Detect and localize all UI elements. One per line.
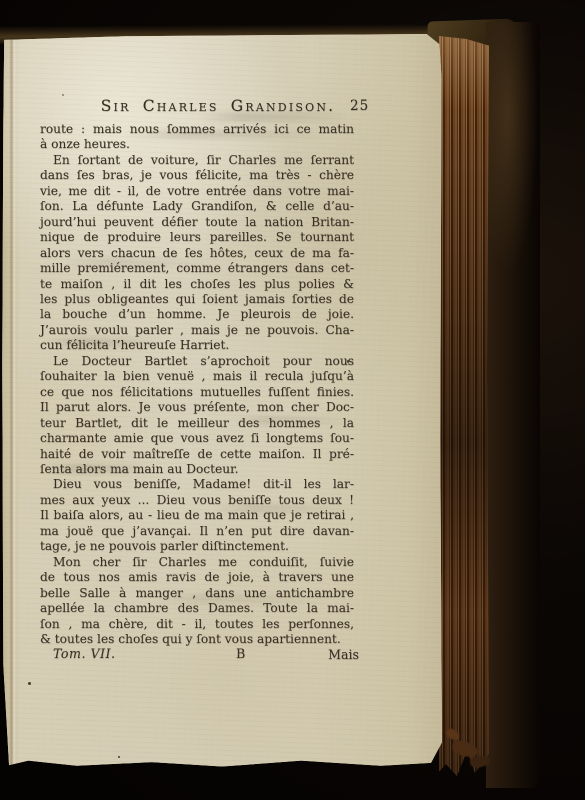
body-line: cun félicita l’heureuſe Harriet.	[40, 338, 354, 353]
body-line: te maiſon , il dit les choſes les plus p…	[40, 277, 354, 292]
body-line: teur Bartlet, dit le meilleur des hommes…	[40, 416, 354, 431]
body-line: alors vers chacun de ſes hôtes, ceux de …	[40, 246, 354, 261]
body-line: haité de voir maîtreſſe de cette maiſon.…	[40, 447, 354, 462]
body-line: belle Salle à manger , dans une anticham…	[40, 586, 354, 601]
body-line: tage, je ne pouvois parler diſtinctement…	[40, 539, 354, 554]
body-line: Dieu vous beniſſe, Madame! dit-il les la…	[40, 477, 354, 492]
body-line: route : mais nous ſommes arrivés ici ce …	[40, 122, 354, 137]
body-line: apellée la chambre des Dames. Toute la m…	[40, 601, 354, 616]
body-line: ſouhaiter la bien venuë , mais il recula…	[40, 369, 354, 384]
catchword: Mais	[328, 647, 359, 662]
body-line: Il baiſa alors, au - lieu de ma main que…	[40, 508, 354, 523]
book-cover	[486, 22, 540, 788]
paper-speck	[62, 94, 64, 96]
body-line: ſon , ma chère, dit - il, toutes les per…	[40, 617, 354, 632]
signature-mark: B	[236, 646, 245, 661]
body-line: ſon. La défunte Lady Grandiſon, & celle …	[40, 199, 354, 214]
paper-speck	[118, 756, 120, 758]
body-line: la bouche d’un homme. Je pleurois de joi…	[40, 307, 354, 322]
body-line: J’aurois voulu parler , mais je ne pouvo…	[40, 323, 354, 338]
body-line: jourd’hui peuvent défier toute la nation…	[40, 215, 354, 230]
paper-speck	[28, 682, 31, 685]
body-line: mes aux yeux ... Dieu vous beniſſe tous …	[40, 493, 354, 508]
book-photo-scan: Sir Charles Grandison. 25 route : mais n…	[0, 0, 585, 800]
body-line: Il parut alors. Je vous préſente, mon ch…	[40, 400, 354, 415]
body-line: à onze heures.	[40, 137, 354, 152]
body-line: mille premiérement, comme étrangers dans…	[40, 261, 354, 276]
body-line: ce que nos félicitations mutuelles fuſſe…	[40, 385, 354, 400]
body-line: nique de produire leurs pareilles. Se to…	[40, 230, 354, 245]
body-line: Mon cher ſir Charles me conduiſit, ſuivi…	[40, 555, 354, 570]
page-left-crease	[9, 34, 16, 768]
header-title: Sir Charles Grandison.	[101, 97, 336, 115]
volume-label: Tom. VII.	[53, 646, 116, 661]
page-text-block: route : mais nous ſommes arrivés ici ce …	[40, 122, 354, 647]
body-line: les plus obligeantes qui ſoient jamais ſ…	[40, 292, 354, 307]
body-line: de tous nos amis ravis de joie, à traver…	[40, 570, 354, 585]
body-line: vie, me dit - il, de votre entrée dans v…	[40, 184, 354, 199]
body-line: charmante amie que vous avez ſi longtems…	[40, 431, 354, 446]
body-line: dans ſes bras, je vous félicite, ma très…	[40, 168, 354, 183]
body-line: ſenta alors ma main au Docteur.	[40, 462, 354, 477]
page-number: 25	[350, 98, 369, 114]
book-page: Sir Charles Grandison. 25 route : mais n…	[2, 34, 442, 768]
page-footer: Tom. VII. B Mais	[40, 646, 354, 664]
running-header: Sir Charles Grandison. 25	[38, 97, 398, 117]
body-line: ma jouë que j’avançai. Il n’en put dire …	[40, 524, 354, 539]
book-fore-edge	[439, 36, 489, 776]
body-line: En ſortant de voiture, ſir Charles me ſe…	[40, 153, 354, 168]
body-line: Le Docteur Bartlet s’aprochoit pour nous	[40, 354, 354, 369]
